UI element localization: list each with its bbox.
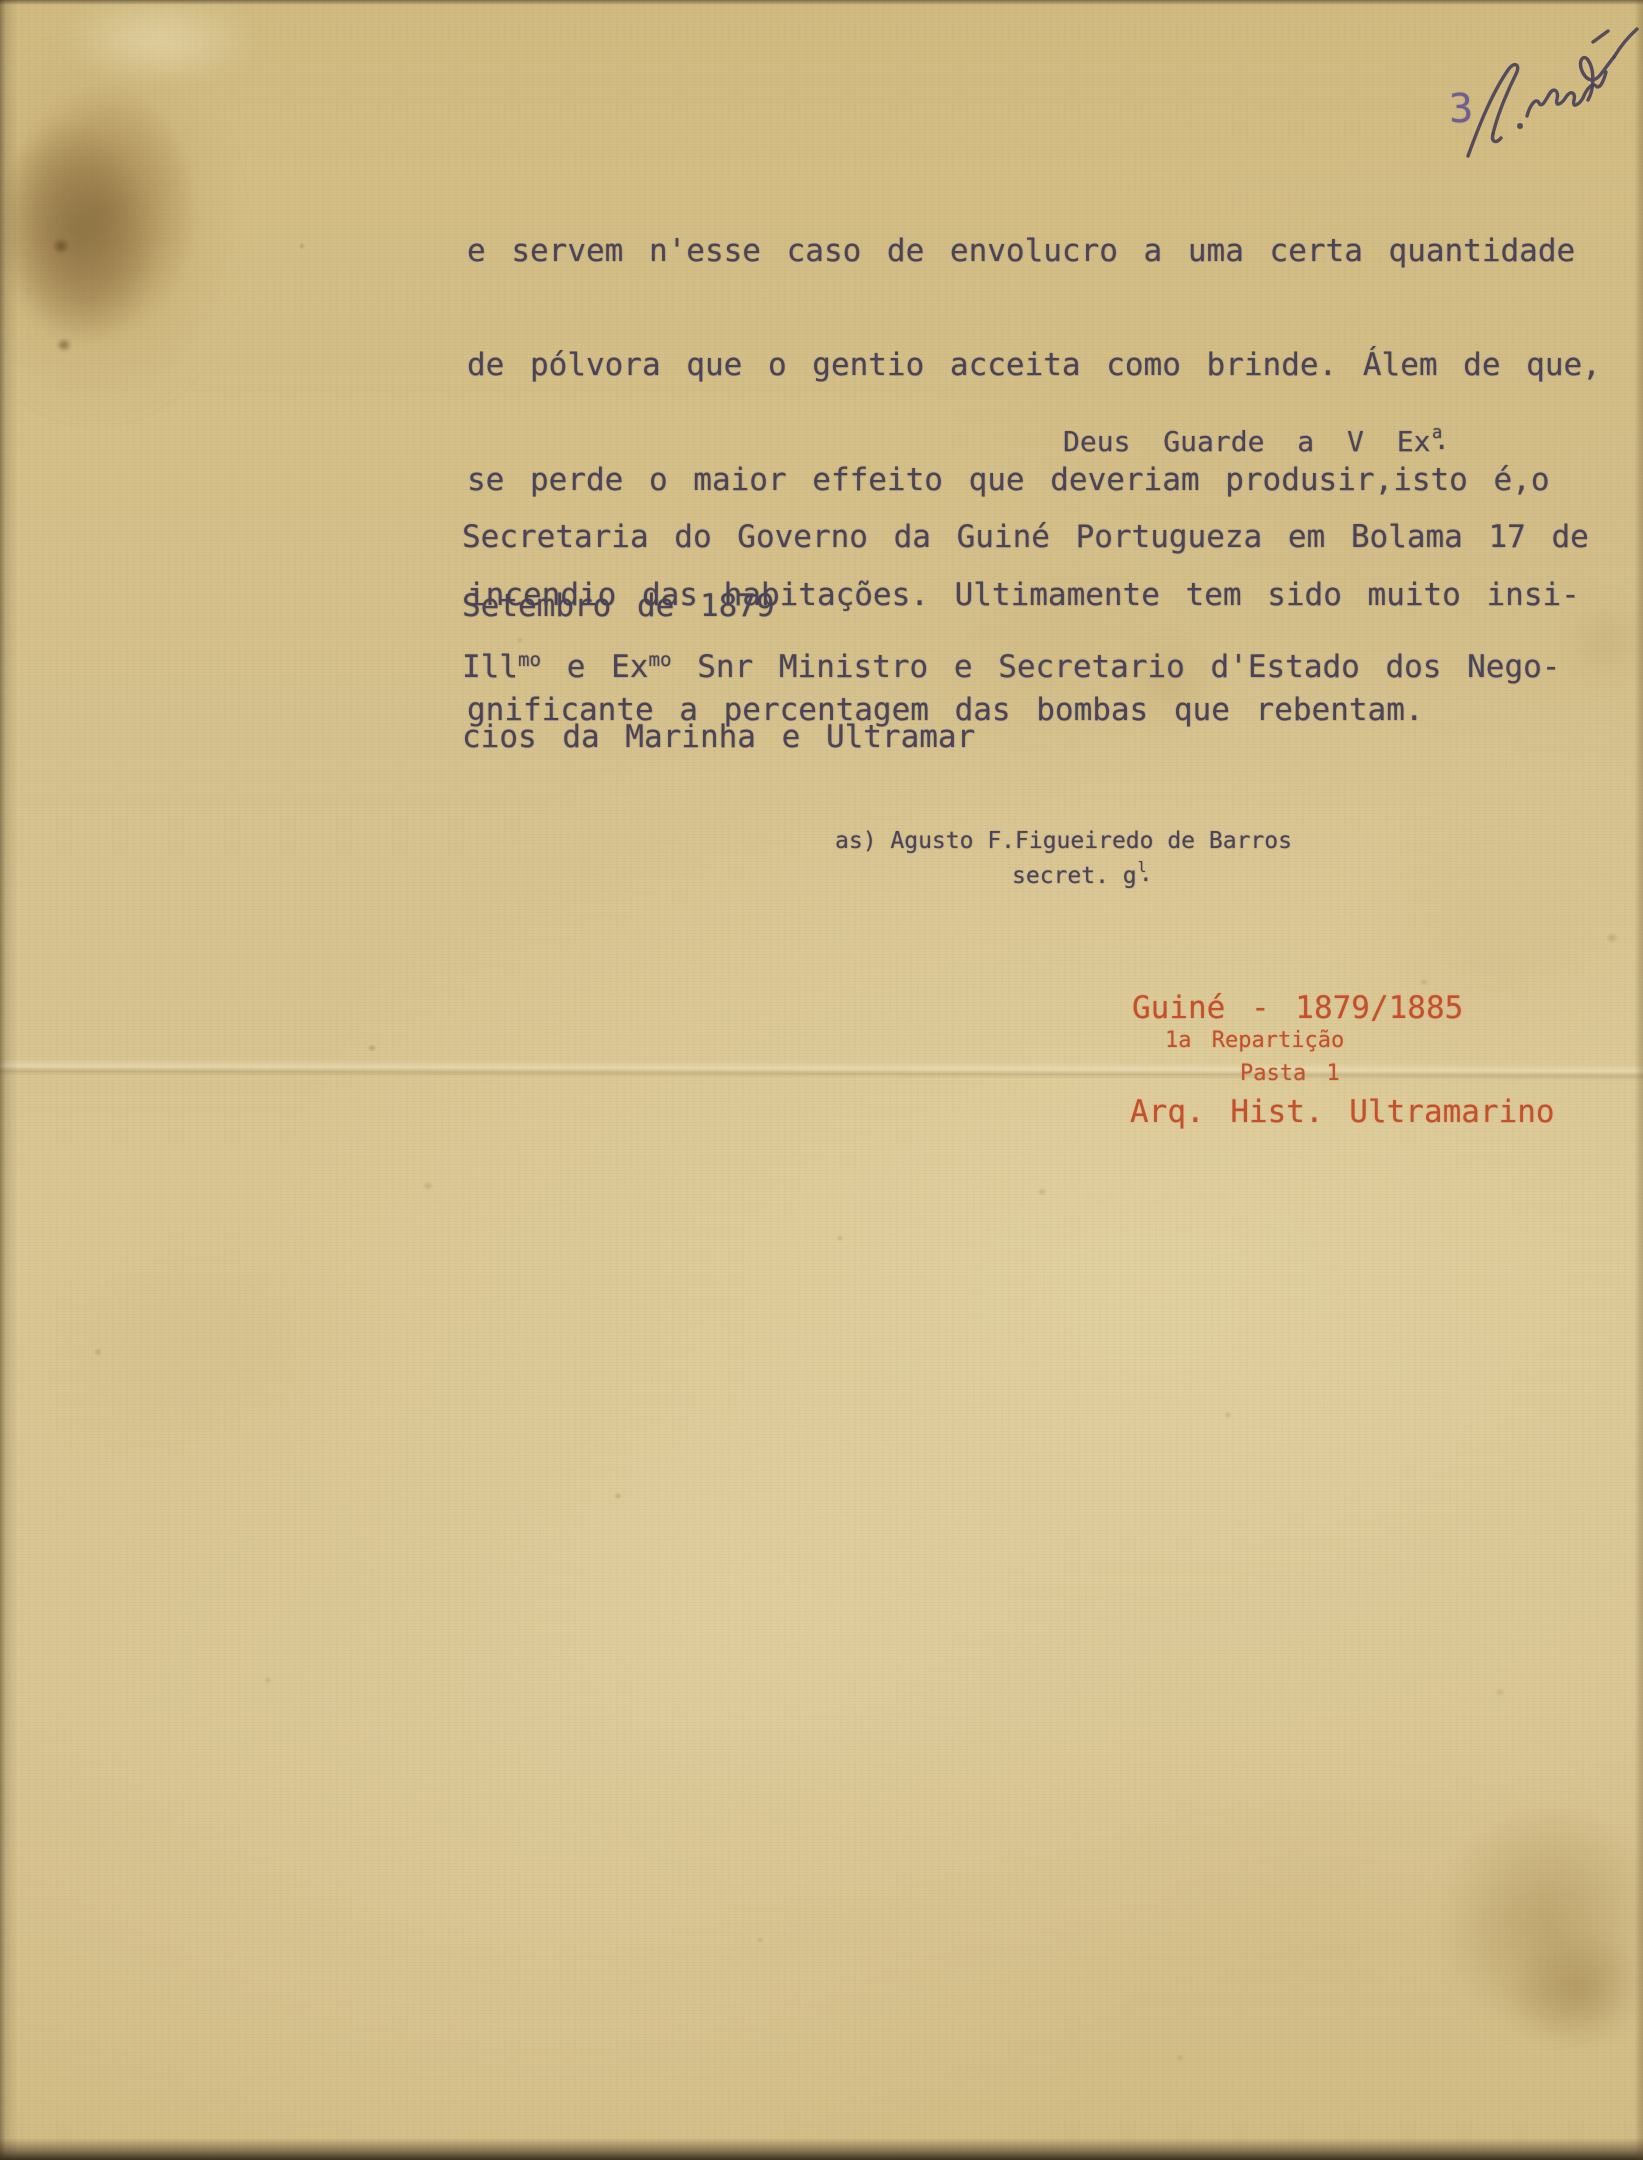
dateline-place: Secretaria do Governo da Guiné Portuguez… [462, 518, 1589, 556]
archive-stamp-line-3: Pasta 1 [1240, 1061, 1340, 1086]
superscript-mo: mo [648, 648, 671, 671]
paper-corner-highlight [60, 0, 260, 86]
stain-top-left [0, 71, 214, 402]
addressee-line-2: cios da Marinha e Ultramar [462, 718, 975, 756]
archive-stamp-line-1: Guiné - 1879/1885 [1132, 990, 1463, 1026]
fold-crease [0, 1059, 1643, 1080]
stain-top-left-halo [0, 36, 252, 436]
valediction: Deus Guarde a V Exa. [1063, 423, 1449, 461]
superscript-a-over-dot: a. [1430, 423, 1449, 451]
valediction-text: Deus Guarde a V Ex [1063, 425, 1430, 458]
stain-speck [56, 338, 72, 352]
body-line: de pólvora que o gentio acceita como bri… [467, 346, 1601, 384]
stain-bottom-right-dark [1508, 1930, 1643, 2050]
stain-bottom-right [1383, 1773, 1643, 2089]
typed-signature: as) Agusto F.Figueiredo de Barros [835, 822, 1292, 860]
stain-speck [52, 238, 70, 254]
dateline-date: Setembro de 1879 [462, 587, 775, 625]
body-line: e servem n'esse caso de envolucro a uma … [467, 232, 1601, 270]
superscript-l-over-dot: l. [1137, 860, 1153, 883]
addressee-line-1: Illmo e Exmo Snr Ministro e Secretario d… [462, 648, 1560, 690]
archive-stamp-line-2: 1a Repartição [1165, 1028, 1344, 1053]
archive-stamp-line-4: Arq. Hist. Ultramarino [1130, 1094, 1555, 1130]
handwritten-signature [1438, 18, 1643, 163]
body-line: se perde o maior effeito que deveriam pr… [467, 461, 1601, 499]
superscript-mo: mo [518, 648, 541, 671]
stain-top-left-dark [0, 111, 174, 379]
typed-signature-role: secret. gl. [1012, 857, 1152, 895]
letter-body: e servem n'esse caso de envolucro a uma … [467, 155, 1601, 806]
scanned-letter-page: 3 e servem n'esse caso de envolucro a um… [0, 0, 1643, 2160]
